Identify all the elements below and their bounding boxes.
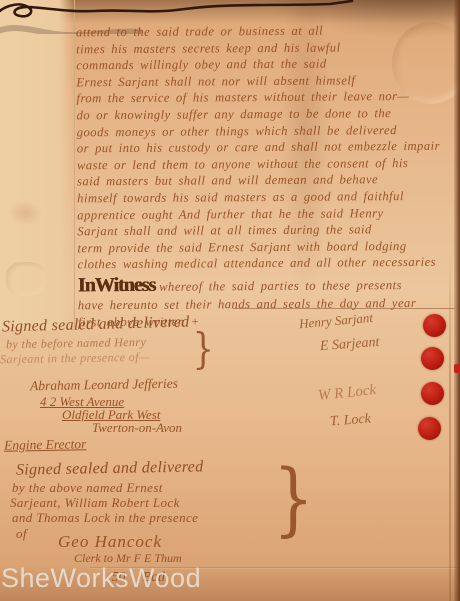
execution2-line2: by the above named Ernest xyxy=(12,480,163,496)
document-photo: attend to the said trade or business at … xyxy=(0,0,460,601)
deed-witness-clause: InWitnesswhereof the said parties to the… xyxy=(78,271,460,298)
execution2-line3: Sarjeant, William Robert Lock xyxy=(10,495,180,511)
signature-w-r-lock: W R Lock xyxy=(317,382,377,405)
execution2-brace: } xyxy=(273,452,314,545)
witness-occupation: Engine Erector xyxy=(4,436,87,453)
attestor-name: Geo Hancock xyxy=(58,532,162,552)
witness-clause-rest: whereof the said parties to these presen… xyxy=(159,278,402,294)
execution1-heading: Signed sealed and delivered xyxy=(2,314,190,337)
deed-line: waste or lend them to anyone without the… xyxy=(77,154,459,173)
watermark-text: SheWorksWood xyxy=(1,563,201,594)
wax-seal-3 xyxy=(421,382,444,405)
deed-line: himself towards his said masters as a go… xyxy=(77,188,459,207)
in-witness-gothic-word: InWitness xyxy=(78,274,155,297)
deed-line: from the service of his masters without … xyxy=(76,88,458,107)
execution1-brace: } xyxy=(193,324,214,373)
paper-stain xyxy=(8,200,42,226)
execution1-line3: Sarjeant in the presence of— xyxy=(0,350,150,368)
deed-body-text: attend to the said trade or business at … xyxy=(76,22,460,331)
wax-seal-4 xyxy=(418,417,441,440)
signature-t-lock: T. Lock xyxy=(329,412,371,431)
wax-seal-fragment xyxy=(454,364,460,373)
witness-name: Abraham Leonard Jefferies xyxy=(30,376,178,395)
execution2-line4: and Thomas Lock in the presence xyxy=(12,510,198,526)
deed-line: clothes washing medical attendance and a… xyxy=(78,254,460,273)
execution2-line5: of xyxy=(16,526,27,542)
wax-seal-1 xyxy=(423,314,446,337)
deed-line: have hereunto set their hands and seals … xyxy=(78,295,460,314)
wax-seal-2 xyxy=(421,347,444,370)
execution2-heading: Signed sealed and delivered xyxy=(16,458,204,479)
signature-e-sarjeant: E Sarjeant xyxy=(320,335,380,355)
witness-address3: Twerton-on-Avon xyxy=(92,420,182,436)
embossed-mark xyxy=(6,262,46,296)
